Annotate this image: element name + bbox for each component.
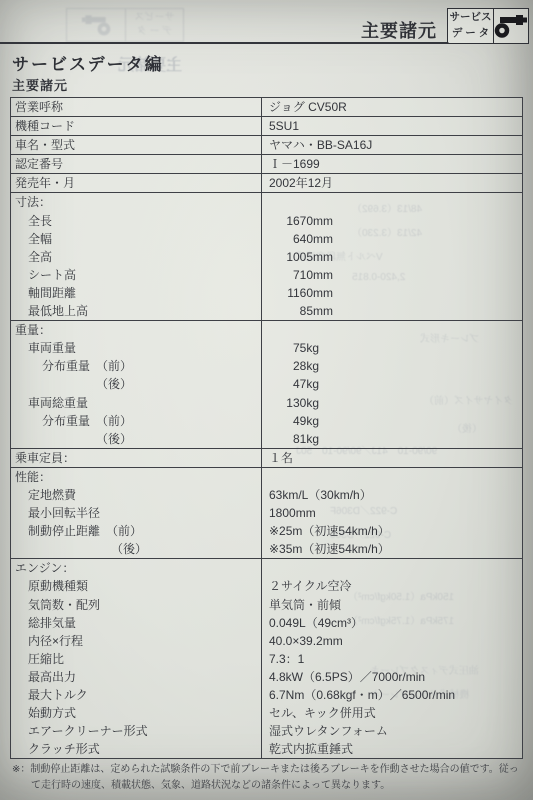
- spec-value: 75kg: [262, 339, 522, 357]
- page-subheading: 主要諸元: [12, 75, 68, 94]
- spec-value: 乾式内拡重錘式: [262, 740, 522, 758]
- spec-label: クラッチ形式: [11, 740, 262, 758]
- page-header-title: 主要諸元: [361, 17, 437, 43]
- spec-label: 制動停止距離 （前）: [11, 522, 262, 540]
- spec-value: 640mm: [262, 230, 522, 248]
- spec-row: 営業呼称ジョグ CV50R: [11, 98, 522, 116]
- spec-row: シート高710mm: [11, 266, 522, 284]
- spec-value: 85mm: [262, 302, 522, 320]
- spec-row: 最小回転半径1800mm: [11, 504, 522, 522]
- spec-value: 1160mm: [262, 284, 522, 302]
- spec-label: シート高: [11, 266, 262, 284]
- spec-label: 始動方式: [11, 704, 262, 722]
- spec-label: 性能：: [11, 468, 262, 486]
- spec-row: 性能：: [11, 468, 522, 486]
- spec-label: 原動機種類: [11, 577, 262, 595]
- spec-row: 定地燃費63km/L（30km/h）: [11, 486, 522, 504]
- spec-label: 全高: [11, 248, 262, 266]
- footnote: ※：制動停止距離は、定められた試験条件の下で前ブレーキまたは後ろブレーキを作動さ…: [12, 762, 523, 793]
- spec-row: 原動機種類２サイクル空冷: [11, 577, 522, 595]
- spec-section: 乗車定員：１名: [11, 449, 522, 468]
- spec-row: 総排気量0.049L（49cm³）: [11, 614, 522, 632]
- spec-row: 最低地上高85mm: [11, 302, 522, 320]
- spec-row: 車両総重量130kg: [11, 394, 522, 412]
- spec-label: 定地燃費: [11, 486, 262, 504]
- spec-value: 710mm: [262, 266, 522, 284]
- spec-label: 分布重量 （前）: [11, 412, 262, 430]
- spec-row: エアークリーナー形式湿式ウレタンフォーム: [11, 722, 522, 740]
- spec-row: 寸法：: [11, 193, 522, 211]
- spec-section: 車名・型式ヤマハ・BB-SA16J: [11, 136, 522, 155]
- spec-label: 分布重量 （前）: [11, 357, 262, 375]
- spec-label: （後）: [11, 430, 262, 448]
- spec-row: 機種コード5SU1: [11, 117, 522, 135]
- spec-value: Ｉ－1699: [262, 155, 522, 173]
- spec-label: 総排気量: [11, 614, 262, 632]
- spec-table: 営業呼称ジョグ CV50R機種コード5SU1車名・型式ヤマハ・BB-SA16J認…: [10, 97, 523, 759]
- spec-value: 4.8kW（6.5PS）／7000r/min: [262, 668, 522, 686]
- spec-value: 5SU1: [262, 117, 522, 135]
- spec-label: 軸間距離: [11, 284, 262, 302]
- spec-section: エンジン：原動機種類２サイクル空冷気筒数・配列単気筒・前傾総排気量0.049L（…: [11, 559, 522, 758]
- scanned-page: サービス デ ー タ 主要諸元 48/13（3.692）42/13（3.230）…: [0, 0, 533, 800]
- spec-row: 全高1005mm: [11, 248, 522, 266]
- spec-value: 単気筒・前傾: [262, 596, 522, 614]
- spec-label: 営業呼称: [11, 98, 262, 116]
- spec-row: （後）81kg: [11, 430, 522, 448]
- spec-value: 47kg: [262, 375, 522, 393]
- spec-row: （後）47kg: [11, 375, 522, 393]
- spec-label: 車両総重量: [11, 394, 262, 412]
- spec-label: 車名・型式: [11, 136, 262, 154]
- spec-label: 乗車定員：: [11, 449, 262, 467]
- spec-section: 重量：車両重量75kg分布重量 （前）28kg（後）47kg車両総重量130kg…: [11, 321, 522, 449]
- spec-value: 28kg: [262, 357, 522, 375]
- spec-label: 発売年・月: [11, 174, 262, 192]
- spec-label: 寸法：: [11, 193, 262, 211]
- spec-row: 全長1670mm: [11, 212, 522, 230]
- spec-row: 全幅640mm: [11, 230, 522, 248]
- spec-label: 機種コード: [11, 117, 262, 135]
- spec-row: 最高出力4.8kW（6.5PS）／7000r/min: [11, 668, 522, 686]
- spec-section: 営業呼称ジョグ CV50R: [11, 98, 522, 117]
- service-data-tab-label: サービス デ ー タ: [448, 9, 494, 43]
- spec-value: ジョグ CV50R: [262, 98, 522, 116]
- spec-value: 1670mm: [262, 212, 522, 230]
- tab-label-line2: デ ー タ: [452, 26, 489, 42]
- spec-label: エアークリーナー形式: [11, 722, 262, 740]
- spec-value: 1005mm: [262, 248, 522, 266]
- spec-row: 軸間距離1160mm: [11, 284, 522, 302]
- spec-section: 認定番号Ｉ－1699: [11, 155, 522, 174]
- spec-row: 内径×行程40.0×39.2mm: [11, 632, 522, 650]
- spec-value: １名: [262, 449, 522, 467]
- spec-section: 性能：定地燃費63km/L（30km/h）最小回転半径1800mm制動停止距離 …: [11, 468, 522, 559]
- spec-value: ２サイクル空冷: [262, 577, 522, 595]
- spec-row: 発売年・月2002年12月: [11, 174, 522, 192]
- spec-label: 気筒数・配列: [11, 596, 262, 614]
- page-content: 主要諸元 サービス デ ー タ サービスデータ編 主要諸元 営業呼称ジョグ CV…: [0, 0, 533, 800]
- spec-value: ※25m（初速54km/h）: [262, 522, 522, 540]
- spec-section: 機種コード5SU1: [11, 117, 522, 136]
- spec-value: ヤマハ・BB-SA16J: [262, 136, 522, 154]
- spec-label: （後）: [11, 540, 262, 558]
- spec-value: [262, 321, 522, 339]
- spec-value: 130kg: [262, 394, 522, 412]
- spec-label: （後）: [11, 375, 262, 393]
- spec-row: 制動停止距離 （前）※25m（初速54km/h）: [11, 522, 522, 540]
- spec-row: 始動方式セル、キック併用式: [11, 704, 522, 722]
- spec-row: 分布重量 （前）28kg: [11, 357, 522, 375]
- spec-row: 分布重量 （前）49kg: [11, 412, 522, 430]
- spec-value: 40.0×39.2mm: [262, 632, 522, 650]
- spec-value: 1800mm: [262, 504, 522, 522]
- spec-row: エンジン：: [11, 559, 522, 577]
- spec-value: セル、キック併用式: [262, 704, 522, 722]
- spec-label: エンジン：: [11, 559, 262, 577]
- spec-value: [262, 559, 522, 577]
- spec-value: 81kg: [262, 430, 522, 448]
- spec-label: 全幅: [11, 230, 262, 248]
- spec-value: 6.7Nm（0.68kgf・m）／6500r/min: [262, 686, 522, 704]
- spec-value: 湿式ウレタンフォーム: [262, 722, 522, 740]
- spec-label: 車両重量: [11, 339, 262, 357]
- spec-section: 発売年・月2002年12月: [11, 174, 522, 193]
- spec-label: 内径×行程: [11, 632, 262, 650]
- spec-label: 最高出力: [11, 668, 262, 686]
- spec-row: 車名・型式ヤマハ・BB-SA16J: [11, 136, 522, 154]
- spec-row: 重量：: [11, 321, 522, 339]
- spec-value: 0.049L（49cm³）: [262, 614, 522, 632]
- spec-section: 寸法：全長1670mm全幅640mm全高1005mmシート高710mm軸間距離1…: [11, 193, 522, 321]
- spec-row: 気筒数・配列単気筒・前傾: [11, 596, 522, 614]
- spec-value: 63km/L（30km/h）: [262, 486, 522, 504]
- micrometer-icon: [494, 9, 528, 43]
- spec-row: 認定番号Ｉ－1699: [11, 155, 522, 173]
- service-data-tab: サービス デ ー タ: [447, 8, 529, 44]
- spec-label: 全長: [11, 212, 262, 230]
- spec-value: [262, 193, 522, 211]
- spec-label: 最低地上高: [11, 302, 262, 320]
- tab-label-line1: サービス: [450, 10, 492, 26]
- spec-value: ※35m（初速54km/h）: [262, 540, 522, 558]
- spec-value: [262, 468, 522, 486]
- section-heading: サービスデータ編: [12, 50, 164, 75]
- spec-value: 49kg: [262, 412, 522, 430]
- spec-label: 認定番号: [11, 155, 262, 173]
- spec-row: 圧縮比7.3：1: [11, 650, 522, 668]
- spec-label: 最大トルク: [11, 686, 262, 704]
- spec-row: 車両重量75kg: [11, 339, 522, 357]
- spec-label: 重量：: [11, 321, 262, 339]
- spec-row: クラッチ形式乾式内拡重錘式: [11, 740, 522, 758]
- spec-row: 乗車定員：１名: [11, 449, 522, 467]
- spec-label: 圧縮比: [11, 650, 262, 668]
- spec-row: 最大トルク6.7Nm（0.68kgf・m）／6500r/min: [11, 686, 522, 704]
- spec-row: （後）※35m（初速54km/h）: [11, 540, 522, 558]
- spec-value: 2002年12月: [262, 174, 522, 192]
- spec-label: 最小回転半径: [11, 504, 262, 522]
- spec-value: 7.3：1: [262, 650, 522, 668]
